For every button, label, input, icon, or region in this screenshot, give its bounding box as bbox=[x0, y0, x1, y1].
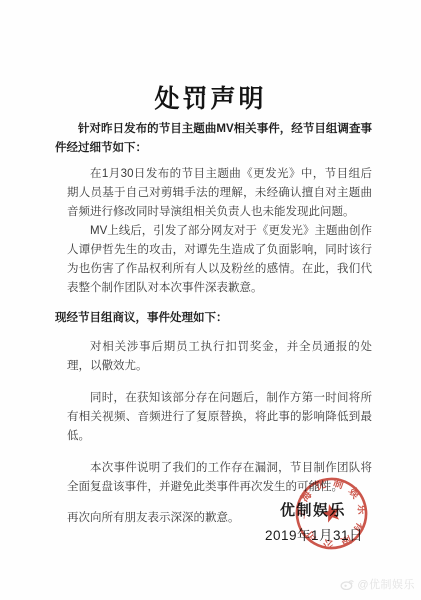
action-penalty-paragraph: 对相关涉事后期员工执行扣罚奖金，并全员通报的处理，以儆效尤。 bbox=[67, 338, 372, 376]
action-replacement-paragraph: 同时，在获知该部分存在问题后，制作方第一时间将所有相关视频、音频进行了复原替换，… bbox=[67, 389, 372, 446]
statement-page: 处罚声明 针对昨日发布的节目主题曲MV相关事件，经节目组调查事件经过细节如下： … bbox=[0, 0, 421, 600]
statement-title: 处罚声明 bbox=[0, 79, 421, 115]
incident-detail-paragraph: 在1月30日发布的节目主题曲《更发光》中，节目组后期人员基于自己对剪辑手法的理解… bbox=[67, 165, 372, 222]
weibo-watermark: @优制娱乐 bbox=[340, 576, 415, 592]
intro-paragraph: 针对昨日发布的节目主题曲MV相关事件，经节目组调查事件经过细节如下： bbox=[55, 120, 372, 158]
statement-body: 针对昨日发布的节目主题曲MV相关事件，经节目组调查事件经过细节如下： 在1月30… bbox=[55, 120, 372, 528]
weibo-icon bbox=[340, 578, 354, 590]
watermark-text: @优制娱乐 bbox=[357, 576, 415, 592]
resolution-heading: 现经节目组商议，事件处理如下： bbox=[55, 309, 372, 328]
incident-impact-paragraph: MV上线后，引发了部分网友对于《更发光》主题曲创作人谭伊哲先生的攻击，对谭先生造… bbox=[67, 222, 372, 298]
seal-star-icon bbox=[320, 502, 342, 524]
